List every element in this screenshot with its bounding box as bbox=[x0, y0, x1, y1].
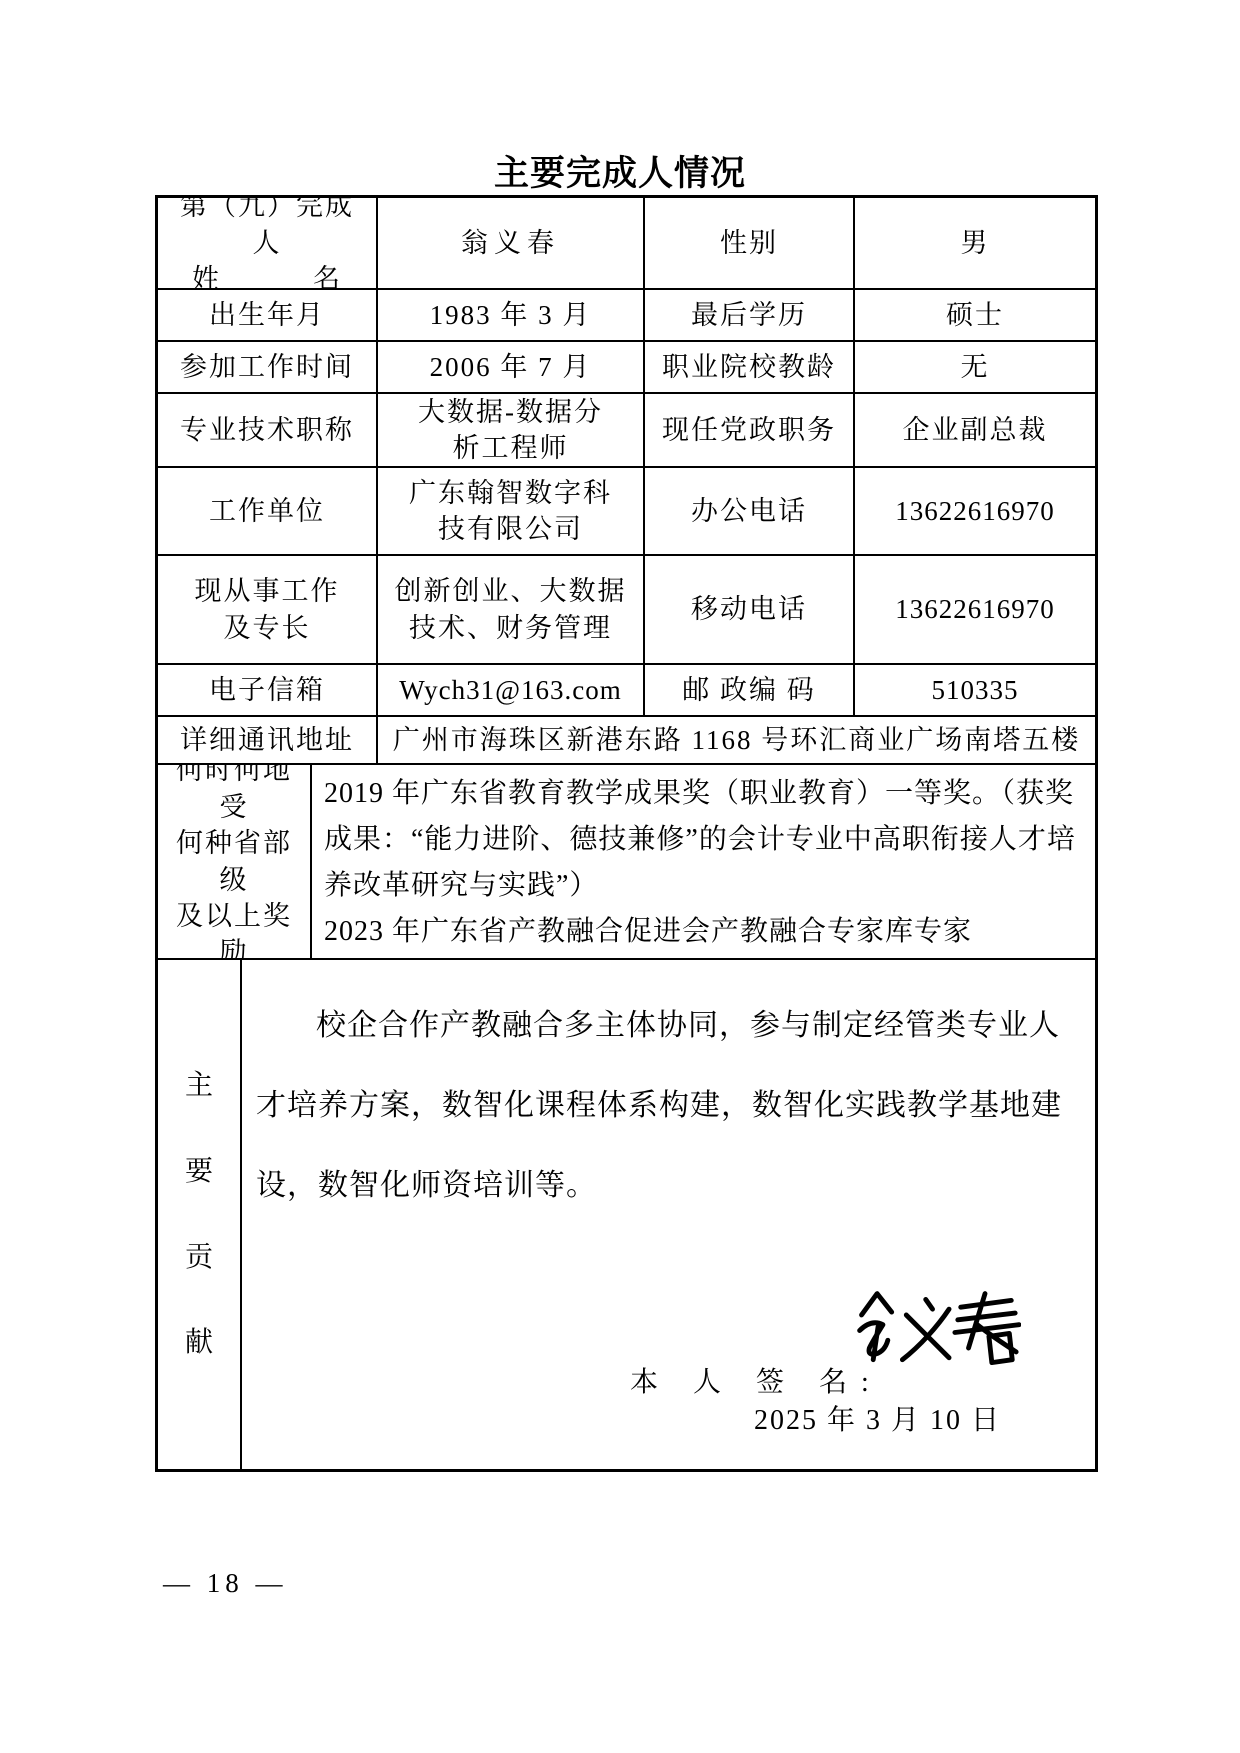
table-row: 电子信箱 Wych31@163.com 邮 政编 码 510335 bbox=[158, 663, 1095, 715]
name-label-spread: 姓 名 bbox=[192, 261, 342, 288]
professional-title-label: 专业技术职称 bbox=[158, 394, 376, 466]
work-start-value: 2006 年 7 月 bbox=[376, 342, 643, 392]
work-unit-line1: 广东翰智数字科 bbox=[409, 475, 612, 511]
postal-code-label: 邮 政编 码 bbox=[643, 665, 853, 715]
signature-date: 2025 年 3 月 10 日 bbox=[754, 1402, 1001, 1440]
professional-title-line1: 大数据-数据分 bbox=[418, 394, 603, 430]
current-position-value: 企业副总裁 bbox=[853, 394, 1095, 466]
contrib-char-3: 贡 bbox=[185, 1239, 213, 1277]
award-item-2023: 2023 年广东省产教融合促进会产教融合专家库专家 bbox=[324, 909, 972, 955]
teaching-age-label: 职业院校教龄 bbox=[643, 342, 853, 392]
current-work-label-line1: 现从事工作 bbox=[195, 573, 340, 609]
office-phone-value: 13622616970 bbox=[853, 468, 1095, 554]
professional-title-value: 大数据-数据分 析工程师 bbox=[376, 394, 643, 466]
birth-date-value: 1983 年 3 月 bbox=[376, 290, 643, 340]
completer-info-table: 第（九）完成人 姓 名 翁义春 性别 男 出生年月 1983 年 3 月 最后学… bbox=[155, 195, 1098, 1472]
completer-ordinal-label: 第（九）完成人 bbox=[166, 198, 368, 261]
awards-label-line3: 及以上奖励 bbox=[166, 898, 302, 958]
gender-value: 男 bbox=[853, 198, 1095, 288]
current-work-line2: 技术、财务管理 bbox=[409, 610, 612, 646]
address-label: 详细通讯地址 bbox=[158, 717, 376, 763]
table-row: 参加工作时间 2006 年 7 月 职业院校教龄 无 bbox=[158, 340, 1095, 392]
xing-char: 姓 bbox=[192, 261, 221, 288]
completer-name-value: 翁义春 bbox=[376, 198, 643, 288]
main-contribution-content: 校企合作产教融合多主体协同，参与制定经管类专业人才培养方案，数智化课程体系构建，… bbox=[240, 960, 1095, 1469]
last-degree-value: 硕士 bbox=[853, 290, 1095, 340]
current-work-label: 现从事工作 及专长 bbox=[158, 556, 376, 663]
table-row: 第（九）完成人 姓 名 翁义春 性别 男 bbox=[158, 198, 1095, 288]
office-phone-label: 办公电话 bbox=[643, 468, 853, 554]
work-unit-value: 广东翰智数字科 技有限公司 bbox=[376, 468, 643, 554]
main-contribution-label: 主 要 贡 献 bbox=[158, 960, 240, 1469]
current-work-label-line2: 及专长 bbox=[224, 610, 311, 646]
awards-value: 2019 年广东省教育教学成果奖（职业教育）一等奖。（获奖成果：“能力进阶、德技… bbox=[310, 765, 1095, 958]
table-row: 工作单位 广东翰智数字科 技有限公司 办公电话 13622616970 bbox=[158, 466, 1095, 554]
awards-label-line1: 何时何地受 bbox=[166, 765, 302, 825]
self-signature-label: 本 人 签 名: bbox=[630, 1364, 883, 1402]
contrib-char-2: 要 bbox=[185, 1153, 213, 1191]
awards-label-line2: 何种省部级 bbox=[166, 825, 302, 898]
current-work-line1: 创新创业、大数据 bbox=[395, 573, 627, 609]
mobile-phone-value: 13622616970 bbox=[853, 556, 1095, 663]
last-degree-label: 最后学历 bbox=[643, 290, 853, 340]
table-row: 专业技术职称 大数据-数据分 析工程师 现任党政职务 企业副总裁 bbox=[158, 392, 1095, 466]
address-value: 广州市海珠区新港东路 1168 号环汇商业广场南塔五楼 bbox=[376, 717, 1095, 763]
professional-title-line2: 析工程师 bbox=[453, 430, 569, 466]
work-start-label: 参加工作时间 bbox=[158, 342, 376, 392]
table-row: 何时何地受 何种省部级 及以上奖励 2019 年广东省教育教学成果奖（职业教育）… bbox=[158, 763, 1095, 958]
contrib-char-4: 献 bbox=[185, 1324, 213, 1362]
awards-label: 何时何地受 何种省部级 及以上奖励 bbox=[158, 765, 310, 958]
current-position-label: 现任党政职务 bbox=[643, 394, 853, 466]
table-row: 主 要 贡 献 校企合作产教融合多主体协同，参与制定经管类专业人才培养方案，数智… bbox=[158, 958, 1095, 1469]
birth-date-label: 出生年月 bbox=[158, 290, 376, 340]
current-work-value: 创新创业、大数据 技术、财务管理 bbox=[376, 556, 643, 663]
field-completer-name-label: 第（九）完成人 姓 名 bbox=[158, 198, 376, 288]
work-unit-line2: 技有限公司 bbox=[438, 511, 583, 547]
document-page: { "title": "主要完成人情况", "page_number": "— … bbox=[0, 0, 1240, 1753]
contribution-paragraph: 校企合作产教融合多主体协同，参与制定经管类专业人才培养方案，数智化课程体系构建，… bbox=[242, 960, 1095, 1226]
table-row: 现从事工作 及专长 创新创业、大数据 技术、财务管理 移动电话 13622616… bbox=[158, 554, 1095, 663]
award-item-2019: 2019 年广东省教育教学成果奖（职业教育）一等奖。（获奖成果：“能力进阶、德技… bbox=[324, 771, 1083, 909]
work-unit-label: 工作单位 bbox=[158, 468, 376, 554]
page-number: — 18 — bbox=[163, 1568, 288, 1599]
ming-char: 名 bbox=[313, 261, 342, 288]
contrib-char-1: 主 bbox=[185, 1067, 213, 1105]
email-label: 电子信箱 bbox=[158, 665, 376, 715]
mobile-phone-label: 移动电话 bbox=[643, 556, 853, 663]
table-row: 出生年月 1983 年 3 月 最后学历 硕士 bbox=[158, 288, 1095, 340]
gender-label: 性别 bbox=[643, 198, 853, 288]
email-value: Wych31@163.com bbox=[376, 665, 643, 715]
postal-code-value: 510335 bbox=[853, 665, 1095, 715]
page-title: 主要完成人情况 bbox=[0, 146, 1240, 196]
teaching-age-value: 无 bbox=[853, 342, 1095, 392]
table-row: 详细通讯地址 广州市海珠区新港东路 1168 号环汇商业广场南塔五楼 bbox=[158, 715, 1095, 763]
